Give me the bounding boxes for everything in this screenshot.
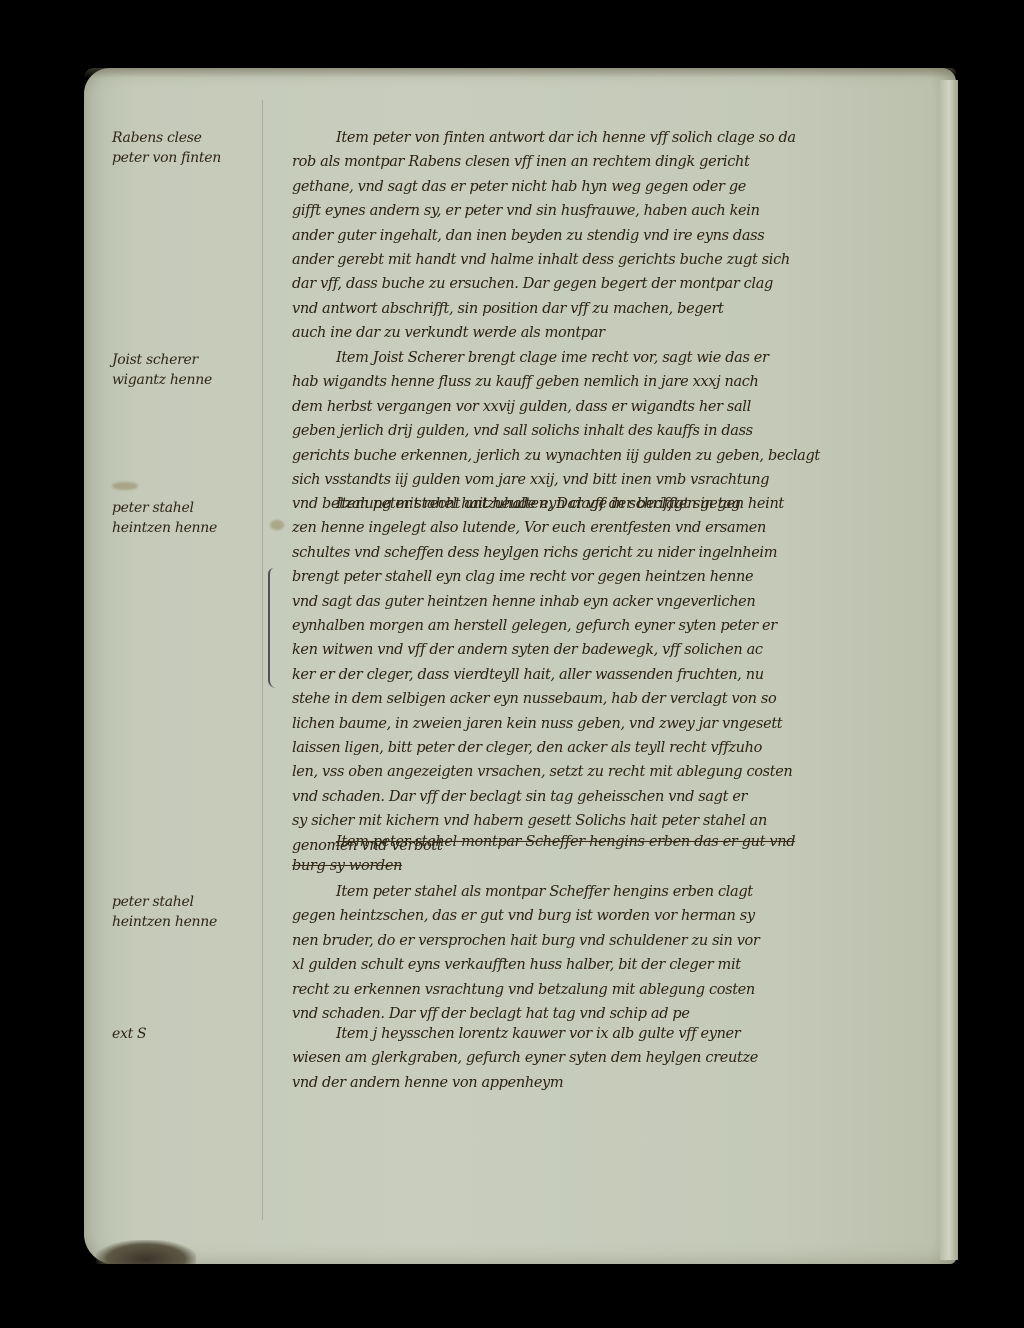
margin-note: Joist schererwigantz henne bbox=[112, 350, 272, 390]
court-entry: Item peter stahel hait heude eyn clage i… bbox=[292, 492, 944, 858]
text-line: gifft eynes andern sy, er peter vnd sin … bbox=[292, 199, 944, 223]
text-line: gerichts buche erkennen, jerlich zu wyna… bbox=[292, 444, 944, 468]
text-line: Item peter von finten antwort dar ich he… bbox=[292, 126, 944, 150]
text-line: wiesen am glerkgraben, gefurch eyner syt… bbox=[292, 1046, 944, 1070]
margin-note: peter stahelheintzen henne bbox=[112, 892, 272, 932]
text-line: Item peter stahel montpar Scheffer hengi… bbox=[292, 830, 944, 854]
text-line: xl gulden schult eyns verkaufften huss h… bbox=[292, 953, 944, 977]
margin-note: ext S bbox=[112, 1024, 272, 1044]
text-line: brengt peter stahell eyn clag ime recht … bbox=[292, 565, 944, 589]
damaged-corner bbox=[96, 1240, 196, 1264]
text-line: ken witwen vnd vff der andern syten der … bbox=[292, 638, 944, 662]
margin-note-line: ext S bbox=[112, 1024, 272, 1044]
text-line: ander gerebt mit handt vnd halme inhalt … bbox=[292, 248, 944, 272]
court-entry: Item j heysschen lorentz kauwer vor ix a… bbox=[292, 1022, 944, 1095]
margin-bracket-mark bbox=[268, 568, 278, 688]
text-line: recht zu erkennen vsrachtung vnd betzalu… bbox=[292, 978, 944, 1002]
text-line: Item peter stahel als montpar Scheffer h… bbox=[292, 880, 944, 904]
margin-note-line: heintzen henne bbox=[112, 518, 272, 538]
margin-ruling-line bbox=[262, 100, 263, 1220]
court-entry: Item peter von finten antwort dar ich he… bbox=[292, 126, 944, 346]
text-line: sich vsstandts iij gulden vom jare xxij,… bbox=[292, 468, 944, 492]
margin-note-line: peter stahel bbox=[112, 498, 272, 518]
text-line: nen bruder, do er versprochen hait burg … bbox=[292, 929, 944, 953]
text-line: vnd schaden. Dar vff der beclagt sin tag… bbox=[292, 785, 944, 809]
text-line: len, vss oben angezeigten vrsachen, setz… bbox=[292, 760, 944, 784]
margin-note-line: peter von finten bbox=[112, 148, 272, 168]
text-line: zen henne ingelegt also lutende, Vor euc… bbox=[292, 516, 944, 540]
text-line: stehe in dem selbigen acker eyn nussebau… bbox=[292, 687, 944, 711]
text-line: ker er der cleger, dass vierdteyll hait,… bbox=[292, 663, 944, 687]
ink-stain bbox=[270, 520, 284, 530]
text-line: Item peter stahel hait heude eyn clage i… bbox=[292, 492, 944, 516]
ink-stain bbox=[112, 482, 138, 490]
struck-entry: Item peter stahel montpar Scheffer hengi… bbox=[292, 830, 944, 879]
text-line: burg sy worden bbox=[292, 854, 944, 878]
text-line: eynhalben morgen am herstell gelegen, ge… bbox=[292, 614, 944, 638]
text-line: gegen heintzschen, das er gut vnd burg i… bbox=[292, 904, 944, 928]
text-line: hab wigandts henne fluss zu kauff geben … bbox=[292, 370, 944, 394]
text-line: lichen baume, in zweien jaren kein nuss … bbox=[292, 712, 944, 736]
margin-note: peter stahelheintzen henne bbox=[112, 498, 272, 538]
text-line: dem herbst vergangen vor xxvij gulden, d… bbox=[292, 395, 944, 419]
text-line: auch ine dar zu verkundt werde als montp… bbox=[292, 321, 944, 345]
text-line: ander guter ingehalt, dan inen beyden zu… bbox=[292, 224, 944, 248]
text-line: laissen ligen, bitt peter der cleger, de… bbox=[292, 736, 944, 760]
text-line: vnd sagt das guter heintzen henne inhab … bbox=[292, 590, 944, 614]
text-line: geben jerlich drij gulden, vnd sall soli… bbox=[292, 419, 944, 443]
margin-note: Rabens clesepeter von finten bbox=[112, 128, 272, 168]
text-line: Item j heysschen lorentz kauwer vor ix a… bbox=[292, 1022, 944, 1046]
margin-note-line: peter stahel bbox=[112, 892, 272, 912]
text-line: vnd der andern henne von appenheym bbox=[292, 1071, 944, 1095]
margin-note-line: wigantz henne bbox=[112, 370, 272, 390]
margin-note-line: Rabens clese bbox=[112, 128, 272, 148]
court-entry: Item peter stahel als montpar Scheffer h… bbox=[292, 880, 944, 1026]
text-line: Item Joist Scherer brengt clage ime rech… bbox=[292, 346, 944, 370]
text-line: rob als montpar Rabens clesen vff inen a… bbox=[292, 150, 944, 174]
text-line: gethane, vnd sagt das er peter nicht hab… bbox=[292, 175, 944, 199]
margin-note-line: Joist scherer bbox=[112, 350, 272, 370]
text-line: schultes vnd scheffen dess heylgen richs… bbox=[292, 541, 944, 565]
margin-note-line: heintzen henne bbox=[112, 912, 272, 932]
text-line: vnd antwort abschrifft, sin position dar… bbox=[292, 297, 944, 321]
text-line: dar vff, dass buche zu ersuchen. Dar geg… bbox=[292, 272, 944, 296]
